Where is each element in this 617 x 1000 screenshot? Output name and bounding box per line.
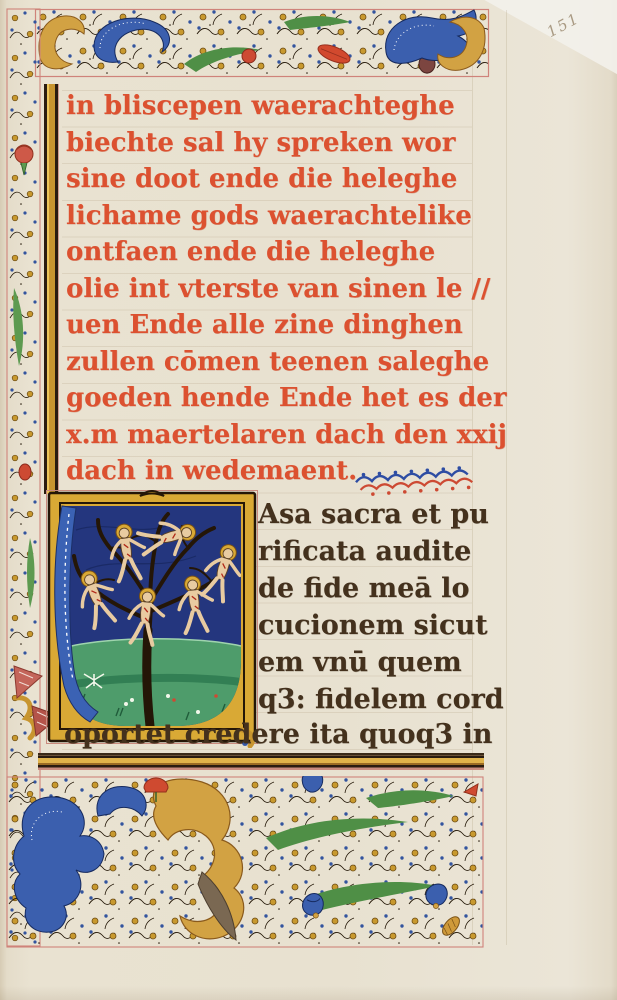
red-bud-icon bbox=[19, 464, 31, 480]
latin-line-2: rificata audite bbox=[258, 533, 480, 571]
rubric-line-5: ontfaen ende die heleghe bbox=[66, 234, 478, 271]
rubric-line-6: olie int vterste van sinen le // bbox=[66, 271, 478, 308]
bottom-floral-border bbox=[6, 776, 484, 948]
rubric-line-4: lichame gods waerachtelike bbox=[66, 198, 478, 235]
latin-line-3: de fide meā lo bbox=[258, 570, 480, 608]
latin-line-5: em vnū quem bbox=[258, 644, 480, 682]
rubric-line-10: x.m maertelaren dach den xxij bbox=[66, 417, 478, 454]
top-floral-border bbox=[34, 8, 490, 78]
latin-line-6: q3: fidelem cord bbox=[258, 681, 480, 719]
text-frame-bottom-bar bbox=[38, 753, 484, 770]
rubric-line-2: biechte sal hy spreken wor bbox=[66, 125, 478, 162]
text-frame-vertical-bar bbox=[44, 84, 59, 494]
historiated-initial-miniature bbox=[46, 490, 258, 748]
latin-line-4: cucionem sicut bbox=[258, 607, 480, 645]
rubric-line-9: goeden hende Ende het es der bbox=[66, 380, 478, 417]
red-berry-icon bbox=[242, 49, 256, 63]
manuscript-photo: 151 bbox=[0, 0, 617, 1000]
latin-line-7: oportet credere ita quoq3 in bbox=[64, 716, 478, 754]
latin-line-1: Asa sacra et pu bbox=[258, 496, 480, 534]
rubric-line-1: in bliscepen waerachteghe bbox=[66, 88, 478, 125]
ruling-vertical-2 bbox=[506, 10, 507, 945]
rubric-line-8: zullen cōmen teenen saleghe bbox=[66, 344, 478, 381]
page-bottom-shadow bbox=[0, 986, 617, 1000]
rubric-line-7: uen Ende alle zine dinghen bbox=[66, 307, 478, 344]
rubric-line-3: sine doot ende die heleghe bbox=[66, 161, 478, 198]
